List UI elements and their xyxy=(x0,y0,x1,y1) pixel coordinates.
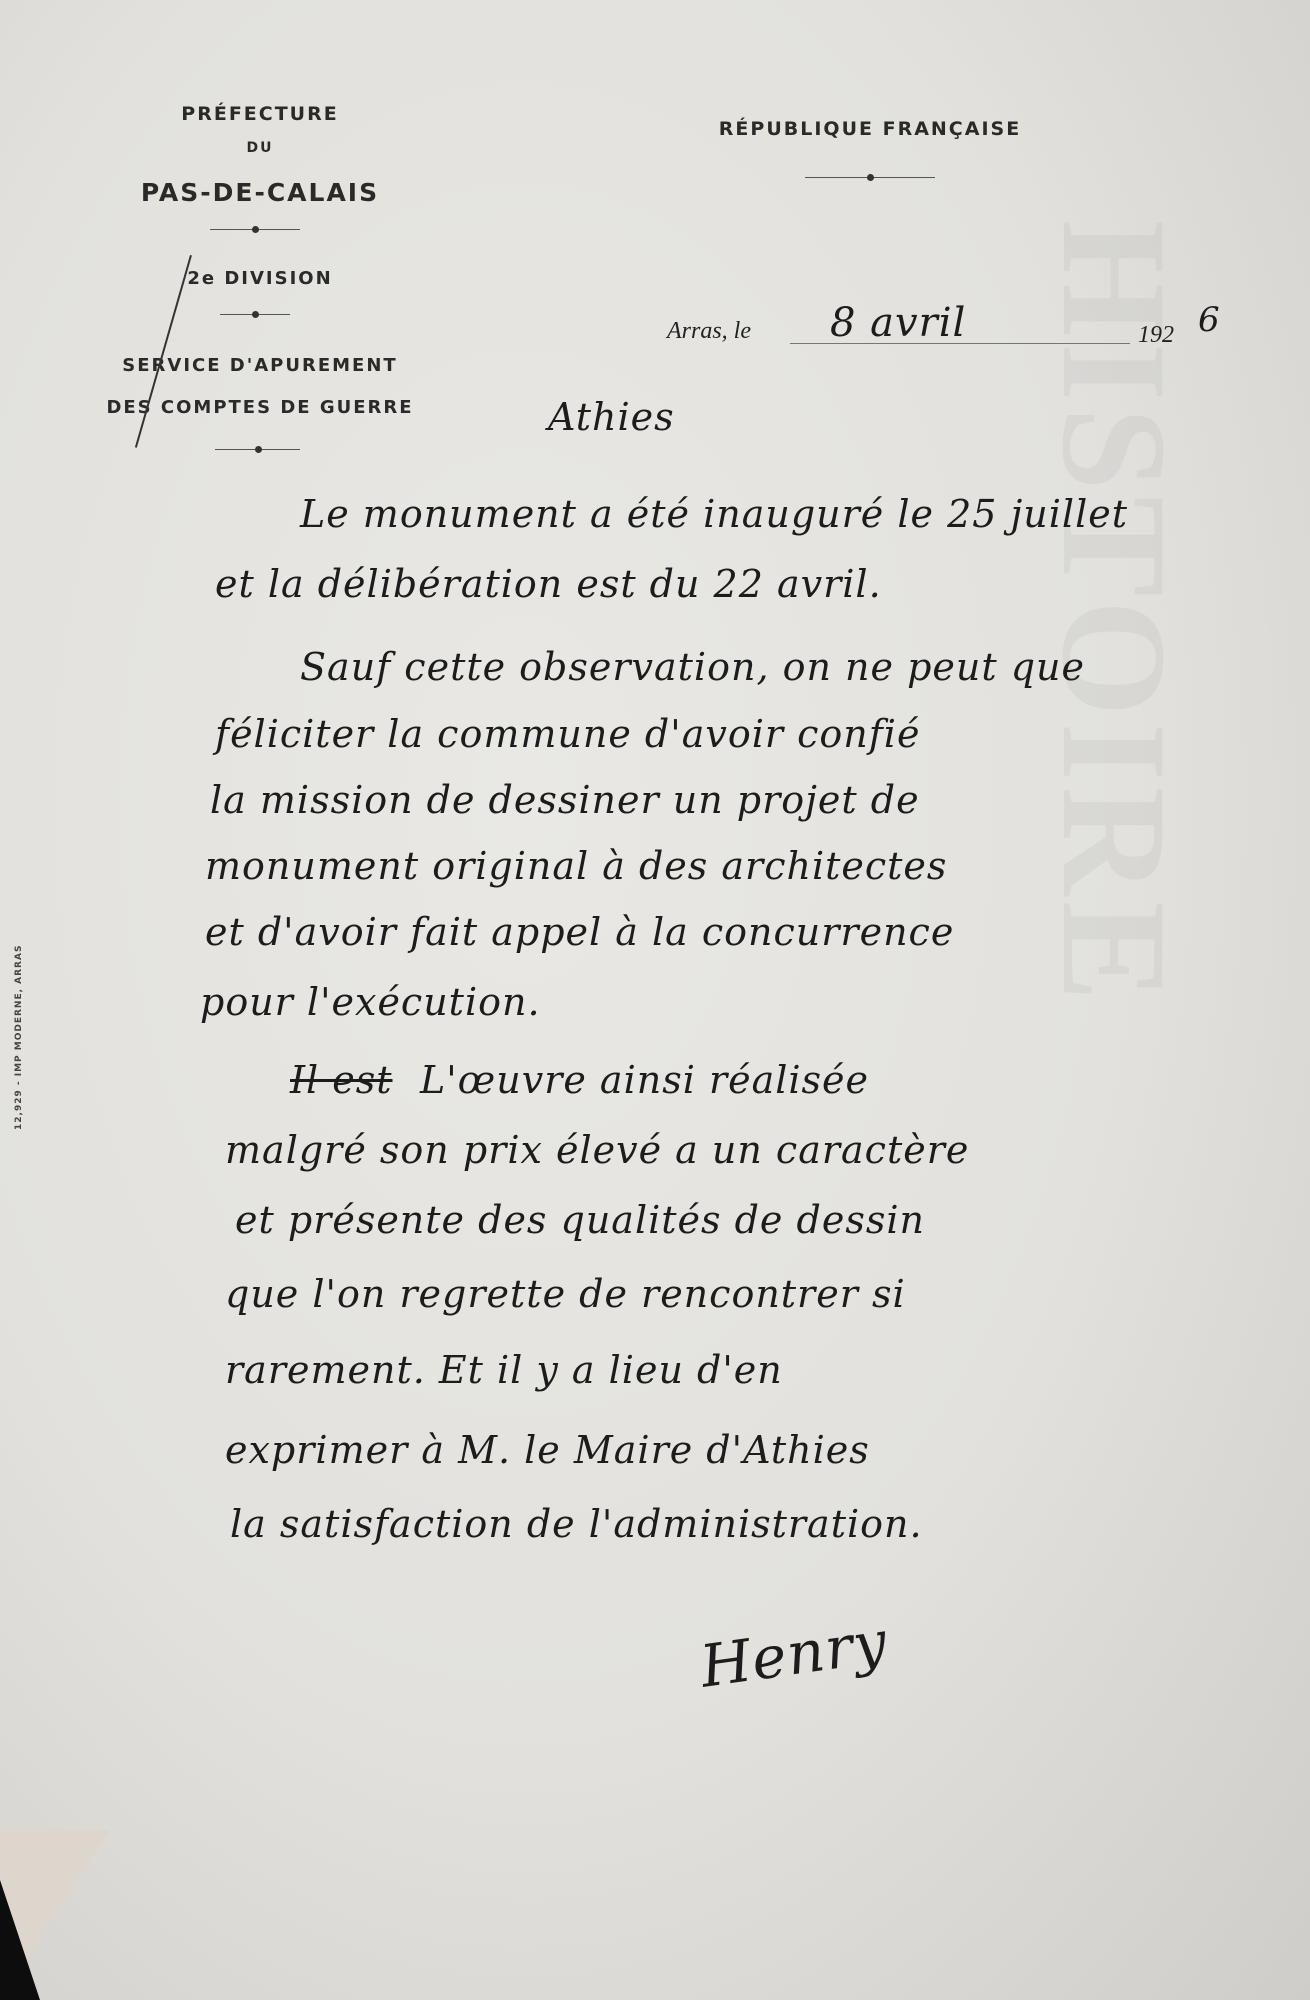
body-line: que l'on regrette de rencontrer si xyxy=(225,1272,906,1316)
body-line: Sauf cette observation, on ne peut que xyxy=(300,645,1085,689)
body-line: L'œuvre ainsi réalisée xyxy=(420,1058,869,1102)
body-line: Le monument a été inauguré le 25 juillet xyxy=(300,492,1128,536)
body-line: et d'avoir fait appel à la concurrence xyxy=(205,910,954,954)
body-line: rarement. Et il y a lieu d'en xyxy=(225,1348,783,1392)
body-line: et la délibération est du 22 avril. xyxy=(215,562,882,606)
dateline-place: Arras, le xyxy=(667,318,751,345)
division-label: 2e DIVISION xyxy=(130,268,390,289)
ornament-rule xyxy=(220,314,290,315)
document-page: HISTOIRE PRÉFECTURE DU PAS-DE-CALAIS 2e … xyxy=(0,0,1310,2000)
body-line: pour l'exécution. xyxy=(200,980,541,1024)
prefecture-label: PRÉFECTURE xyxy=(130,103,390,125)
subject-commune: Athies xyxy=(548,395,675,439)
ornament-rule xyxy=(805,177,935,178)
ornament-rule xyxy=(210,229,300,230)
body-line: monument original à des architectes xyxy=(205,844,947,888)
dateline-day-month: 8 avril xyxy=(830,300,966,346)
ornament-rule xyxy=(215,449,300,450)
du-label: DU xyxy=(130,140,390,156)
body-line: exprimer à M. le Maire d'Athies xyxy=(225,1428,870,1472)
struck-text: Il est xyxy=(290,1058,393,1102)
service-label-1: SERVICE D'APUREMENT xyxy=(70,355,450,376)
watermark-stamp: HISTOIRE xyxy=(880,220,1200,1760)
dateline-year-prefix: 192 xyxy=(1138,322,1174,349)
body-line: la satisfaction de l'administration. xyxy=(230,1502,923,1546)
signature: Henry xyxy=(696,1607,891,1700)
body-line: et présente des qualités de dessin xyxy=(235,1198,925,1242)
department-name: PAS-DE-CALAIS xyxy=(100,178,420,207)
body-line: la mission de dessiner un projet de xyxy=(210,778,920,822)
body-line: malgré son prix élevé a un caractère xyxy=(225,1128,969,1172)
printer-mark: 12,929 - IMP MODERNE, ARRAS xyxy=(14,945,24,1130)
service-label-2: DES COMPTES DE GUERRE xyxy=(60,397,460,418)
body-line: féliciter la commune d'avoir confié xyxy=(215,712,920,756)
republic-title: RÉPUBLIQUE FRANÇAISE xyxy=(660,118,1080,140)
dateline-year-suffix: 6 xyxy=(1198,300,1221,340)
